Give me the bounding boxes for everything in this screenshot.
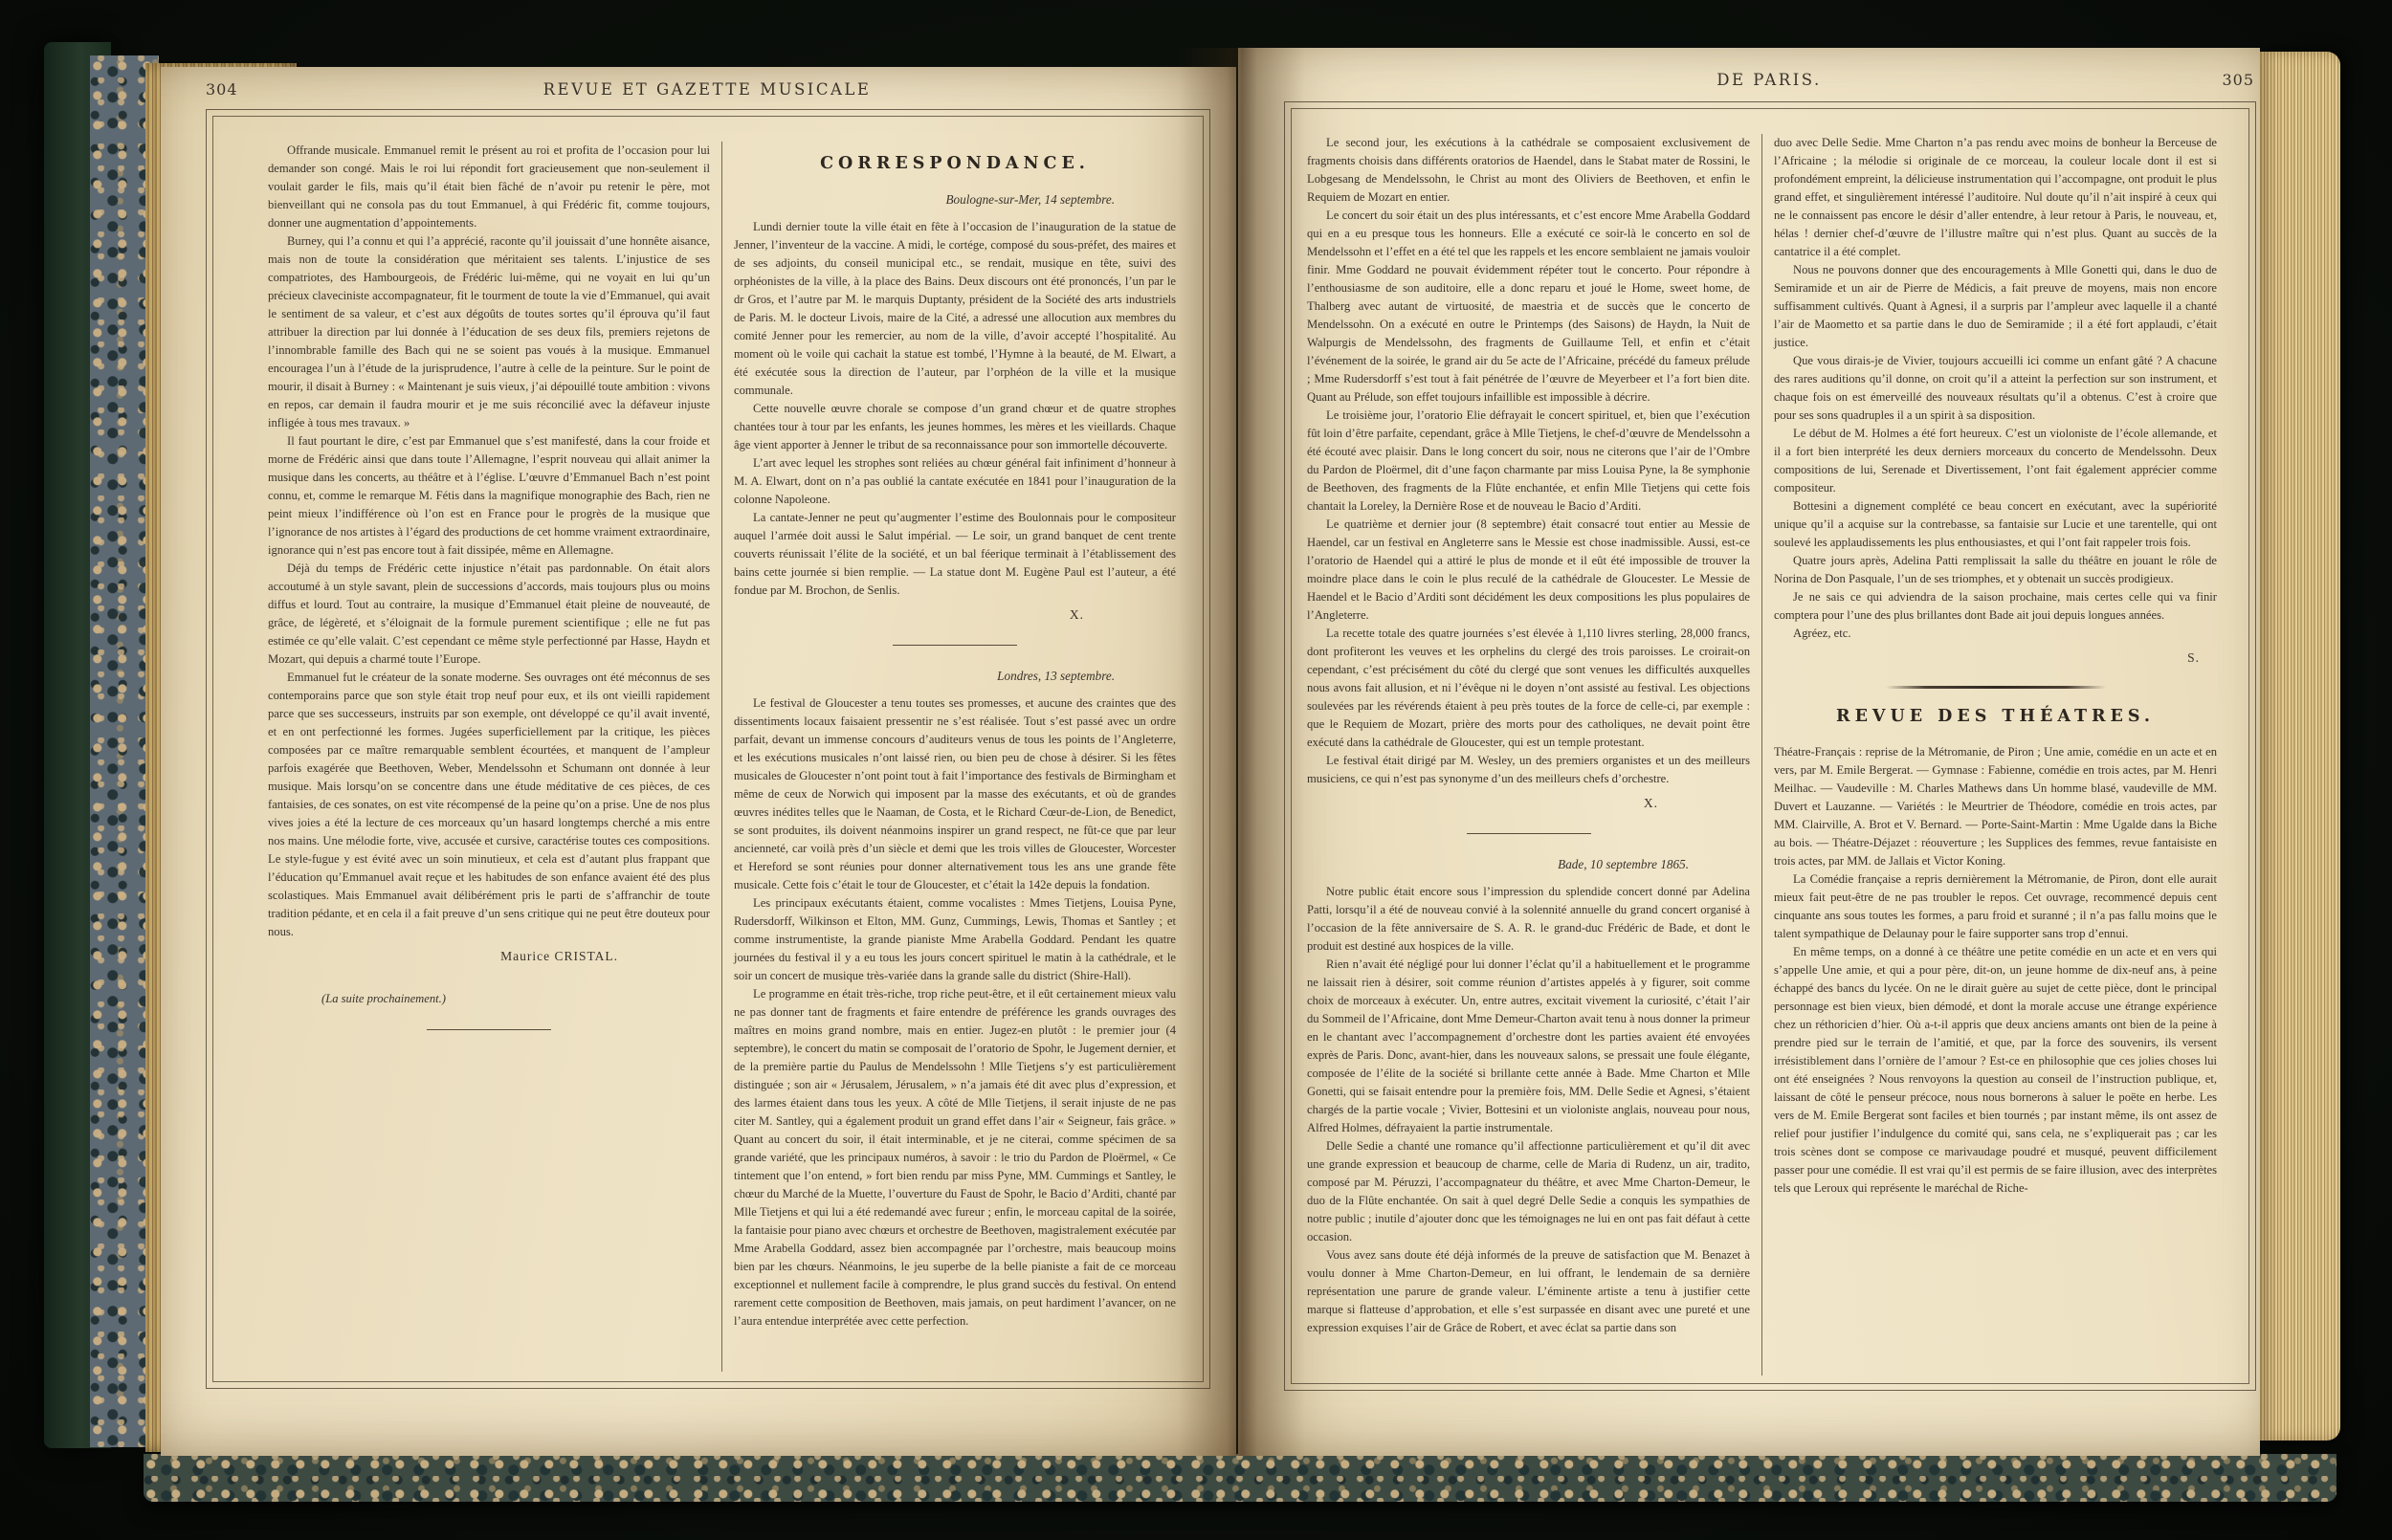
journal-title: DE PARIS. <box>1370 71 2168 89</box>
book-scan-viewport: 304 REVUE ET GAZETTE MUSICALE Offrande m… <box>0 0 2392 1540</box>
text-columns: Offrande musicale. Emmanuel remit le pré… <box>268 142 1177 1372</box>
paragraph: La Comédie française a repris dernièreme… <box>1774 870 2217 943</box>
continuation-note: (La suite prochainement.) <box>268 990 710 1008</box>
signature: S. <box>1774 649 2217 667</box>
section-title: REVUE DES THÉATRES. <box>1774 708 2217 726</box>
divider-rule <box>1467 833 1591 834</box>
running-head-left: 304 REVUE ET GAZETTE MUSICALE <box>206 80 1208 99</box>
paragraph: Rien n’avait été négligé pour lui donner… <box>1307 956 1750 1137</box>
page-right-305: DE PARIS. 305 Le second jour, les exécut… <box>1238 48 2260 1456</box>
paragraph: Burney, qui l’a connu et qui l’a appréci… <box>268 232 710 432</box>
running-head-right: DE PARIS. 305 <box>1284 71 2254 89</box>
paragraph: Quatre jours après, Adelina Patti rempli… <box>1774 552 2217 588</box>
paragraph: La cantate-Jenner ne peut qu’augmenter l… <box>734 509 1176 600</box>
paragraph: Bottesini a dignement complété ce beau c… <box>1774 497 2217 552</box>
paragraph: L’art avec lequel les strophes sont reli… <box>734 454 1176 509</box>
paragraph: Offrande musicale. Emmanuel remit le pré… <box>268 142 710 232</box>
page-stack-fore-edge-right <box>2258 52 2340 1441</box>
signature: Maurice CRISTAL. <box>268 947 710 965</box>
paragraph: Delle Sedie a chanté une romance qu’il a… <box>1307 1137 1750 1246</box>
signature: X. <box>734 605 1176 624</box>
paragraph: Le concert du soir était un des plus int… <box>1307 207 1750 407</box>
paragraph: Le second jour, les exécutions à la cath… <box>1307 134 1750 207</box>
dateline: Londres, 13 septembre. <box>734 667 1176 685</box>
column-2: CORRESPONDANCE.Boulogne-sur-Mer, 14 sept… <box>721 142 1176 1372</box>
paragraph: Agréez, etc. <box>1774 625 2217 643</box>
page-number: 305 <box>2168 71 2254 89</box>
dateline: Bade, 10 septembre 1865. <box>1307 855 1750 873</box>
paragraph: Lundi dernier toute la ville était en fê… <box>734 218 1176 400</box>
column-1: Le second jour, les exécutions à la cath… <box>1307 134 1750 1375</box>
paragraph: Il faut pourtant le dire, c’est par Emma… <box>268 432 710 560</box>
paragraph: La recette totale des quatre journées s’… <box>1307 625 1750 752</box>
section-title: CORRESPONDANCE. <box>734 155 1176 173</box>
paragraph: Le programme en était très-riche, trop r… <box>734 985 1176 1331</box>
paragraph: En même temps, on a donné à ce théâtre u… <box>1774 943 2217 1198</box>
paragraph: Le début de M. Holmes a été fort heureux… <box>1774 425 2217 497</box>
dateline: Boulogne-sur-Mer, 14 septembre. <box>734 190 1176 209</box>
paragraph: Déjà du temps de Frédéric cette injustic… <box>268 560 710 669</box>
paragraph: Le quatrième et dernier jour (8 septembr… <box>1307 516 1750 625</box>
paragraph: Cette nouvelle œuvre chorale se compose … <box>734 400 1176 454</box>
paragraph: Nous ne pouvons donner que des encourage… <box>1774 261 2217 352</box>
signature: X. <box>1307 794 1750 812</box>
divider-rule <box>1886 686 2106 689</box>
paragraph: Le festival de Gloucester a tenu toutes … <box>734 694 1176 894</box>
marbled-board-bottom <box>144 1454 2337 1502</box>
paragraph: Les principaux exécutants étaient, comme… <box>734 894 1176 985</box>
column-1: Offrande musicale. Emmanuel remit le pré… <box>268 142 710 1372</box>
paragraph: Je ne sais ce qui adviendra de la saison… <box>1774 588 2217 625</box>
journal-title: REVUE ET GAZETTE MUSICALE <box>292 80 1122 99</box>
text-columns: Le second jour, les exécutions à la cath… <box>1307 134 2218 1375</box>
page-number: 304 <box>206 80 292 99</box>
paragraph: Le festival était dirigé par M. Wesley, … <box>1307 752 1750 788</box>
paragraph: Le troisième jour, l’oratorio Elie défra… <box>1307 407 1750 516</box>
paragraph: Que vous dirais-je de Vivier, toujours a… <box>1774 352 2217 425</box>
paragraph: Emmanuel fut le créateur de la sonate mo… <box>268 669 710 941</box>
divider-rule <box>427 1029 551 1030</box>
column-2: duo avec Delle Sedie. Mme Charton n’a pa… <box>1761 134 2217 1375</box>
paragraph: Notre public était encore sous l’impress… <box>1307 883 1750 956</box>
theatre-listing: Théatre-Français : reprise de la Métroma… <box>1774 743 2217 870</box>
divider-rule <box>893 645 1017 646</box>
paragraph: Vous avez sans doute été déjà informés d… <box>1307 1246 1750 1337</box>
page-left-304: 304 REVUE ET GAZETTE MUSICALE Offrande m… <box>161 67 1236 1456</box>
paragraph-continued: duo avec Delle Sedie. Mme Charton n’a pa… <box>1774 134 2217 261</box>
